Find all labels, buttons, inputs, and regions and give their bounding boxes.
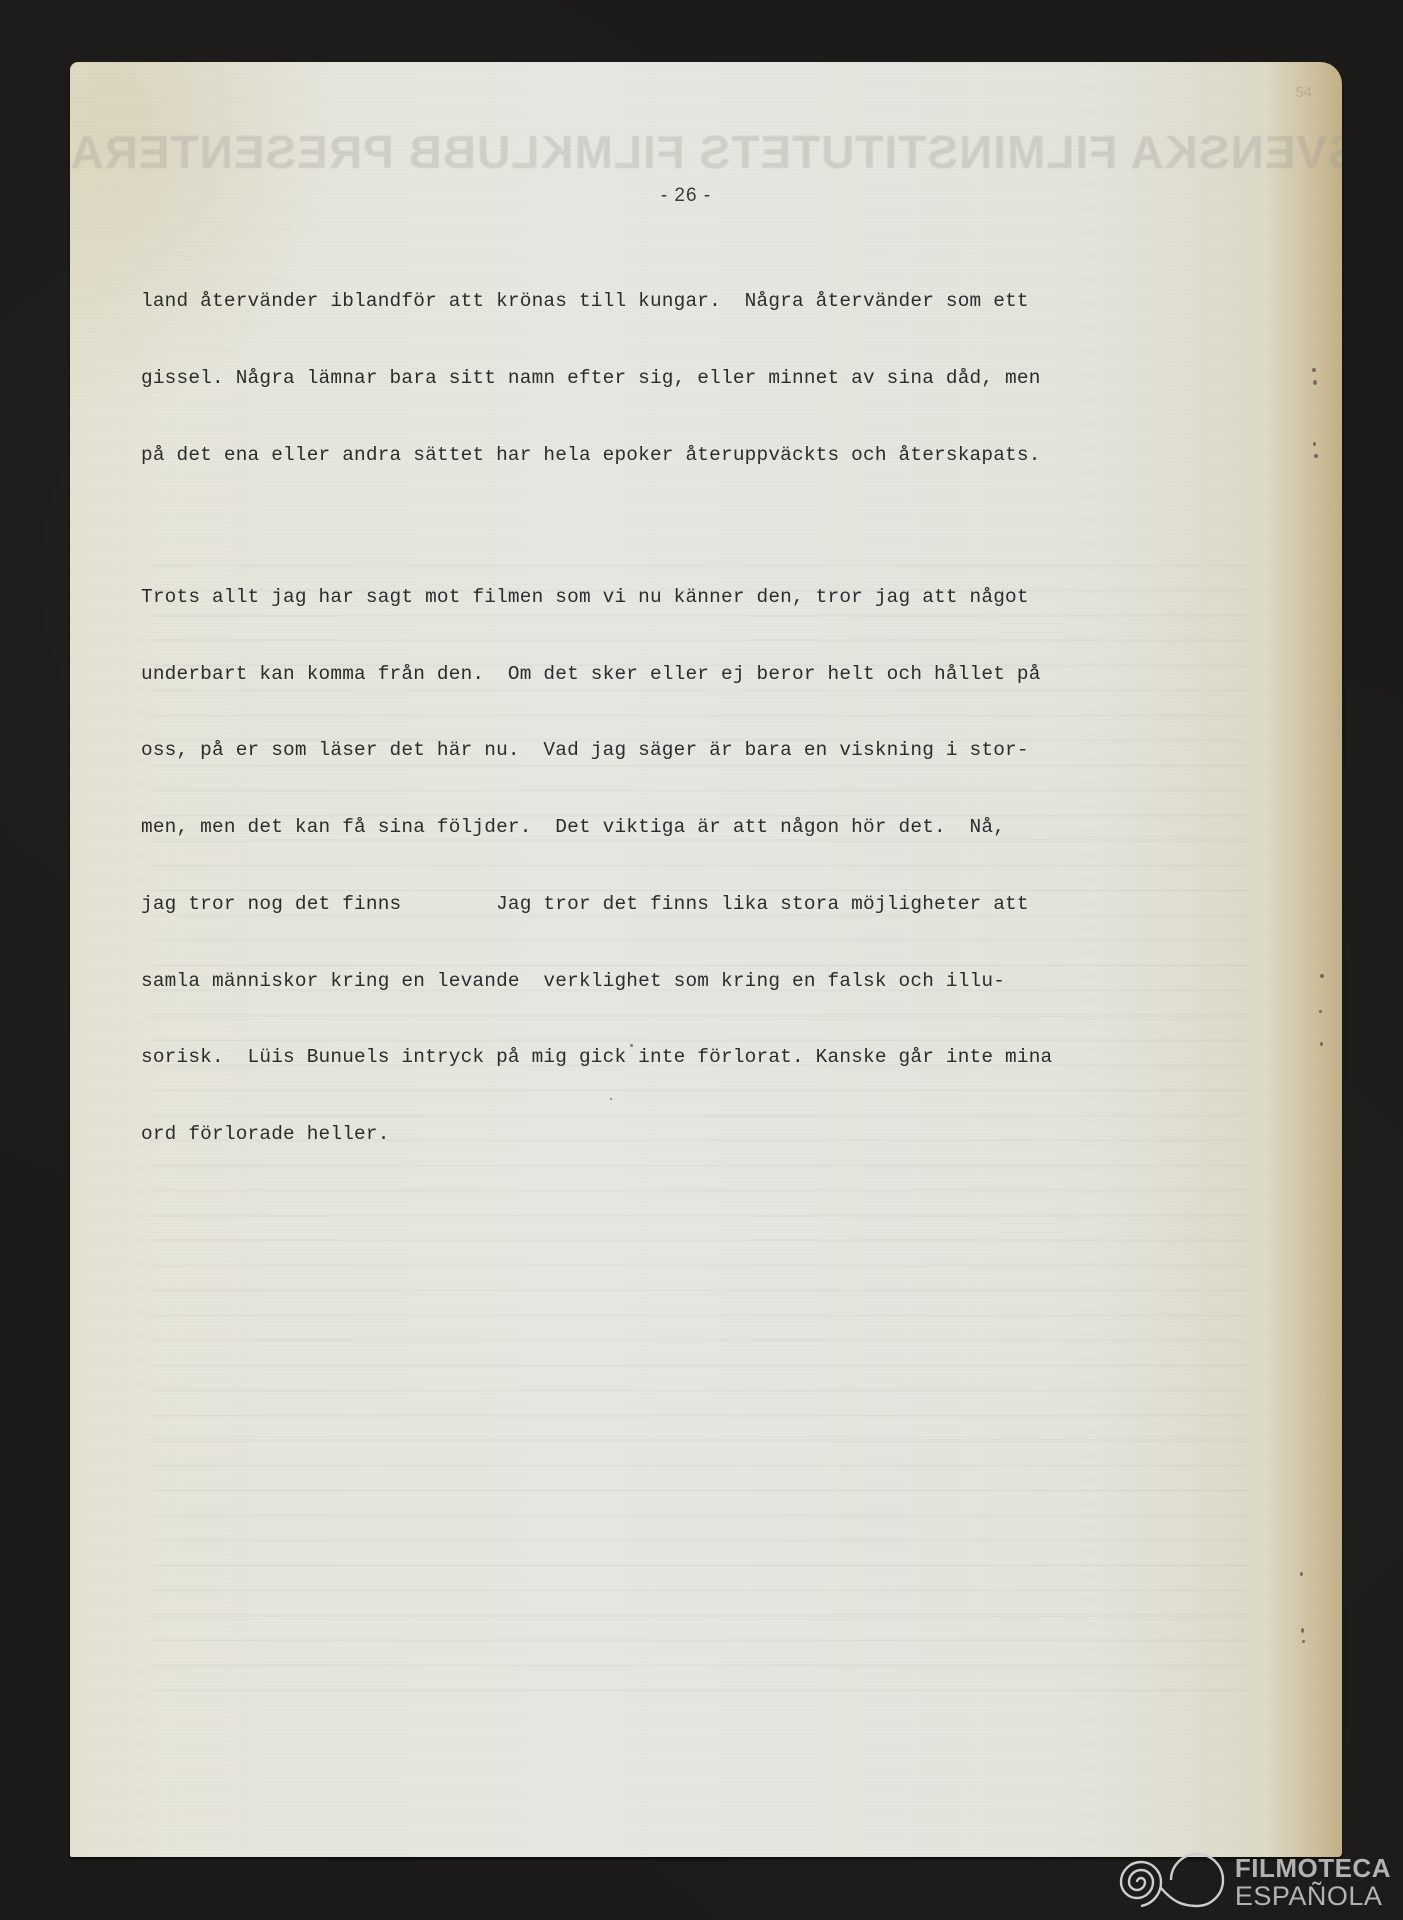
text-line: samla människor kring en levande verklig… xyxy=(141,969,1281,995)
document-page: SVENSKA FILMINSTITUTETS FILMKLUBB PRESEN… xyxy=(70,62,1342,1857)
filmoteca-watermark: FILMOTECA ESPAÑOLA xyxy=(1111,1852,1391,1912)
text-line: land återvänder iblandför att krönas til… xyxy=(141,289,1281,315)
bleed-header-text: SVENSKA FILMINSTITUTETS FILMKLUBB PRESEN… xyxy=(70,125,1342,179)
text-line: gissel. Några lämnar bara sitt namn efte… xyxy=(141,366,1281,392)
bleed-through-header: SVENSKA FILMINSTITUTETS FILMKLUBB PRESEN… xyxy=(110,112,1270,192)
text-line: jag tror nog det finns Jag tror det finn… xyxy=(141,892,1281,918)
text-line: oss, på er som läser det här nu. Vad jag… xyxy=(141,738,1281,764)
pencil-page-mark: 54 xyxy=(1295,84,1312,101)
paragraph-1: land återvänder iblandför att krönas til… xyxy=(141,238,1281,520)
watermark-line-1: FILMOTECA xyxy=(1235,1855,1391,1881)
watermark-line-2: ESPAÑOLA xyxy=(1235,1883,1391,1910)
double-spiral-logo-icon xyxy=(1111,1852,1229,1912)
body-text: land återvänder iblandför att krönas til… xyxy=(141,238,1281,1213)
text-line: sorisk. Lüis Bunuels intryck på mig gick… xyxy=(141,1045,1281,1071)
text-line: men, men det kan få sina följder. Det vi… xyxy=(141,815,1281,841)
text-line: ord förlorade heller. xyxy=(141,1122,1281,1148)
watermark-text: FILMOTECA ESPAÑOLA xyxy=(1235,1855,1391,1910)
paragraph-2: Trots allt jag har sagt mot filmen som v… xyxy=(141,534,1281,1199)
page-number: - 26 - xyxy=(70,185,1342,207)
text-line: underbart kan komma från den. Om det ske… xyxy=(141,662,1281,688)
text-line: Trots allt jag har sagt mot filmen som v… xyxy=(141,585,1281,611)
page-number-text: - 26 - xyxy=(661,185,711,207)
text-line: på det ena eller andra sättet har hela e… xyxy=(141,443,1281,469)
